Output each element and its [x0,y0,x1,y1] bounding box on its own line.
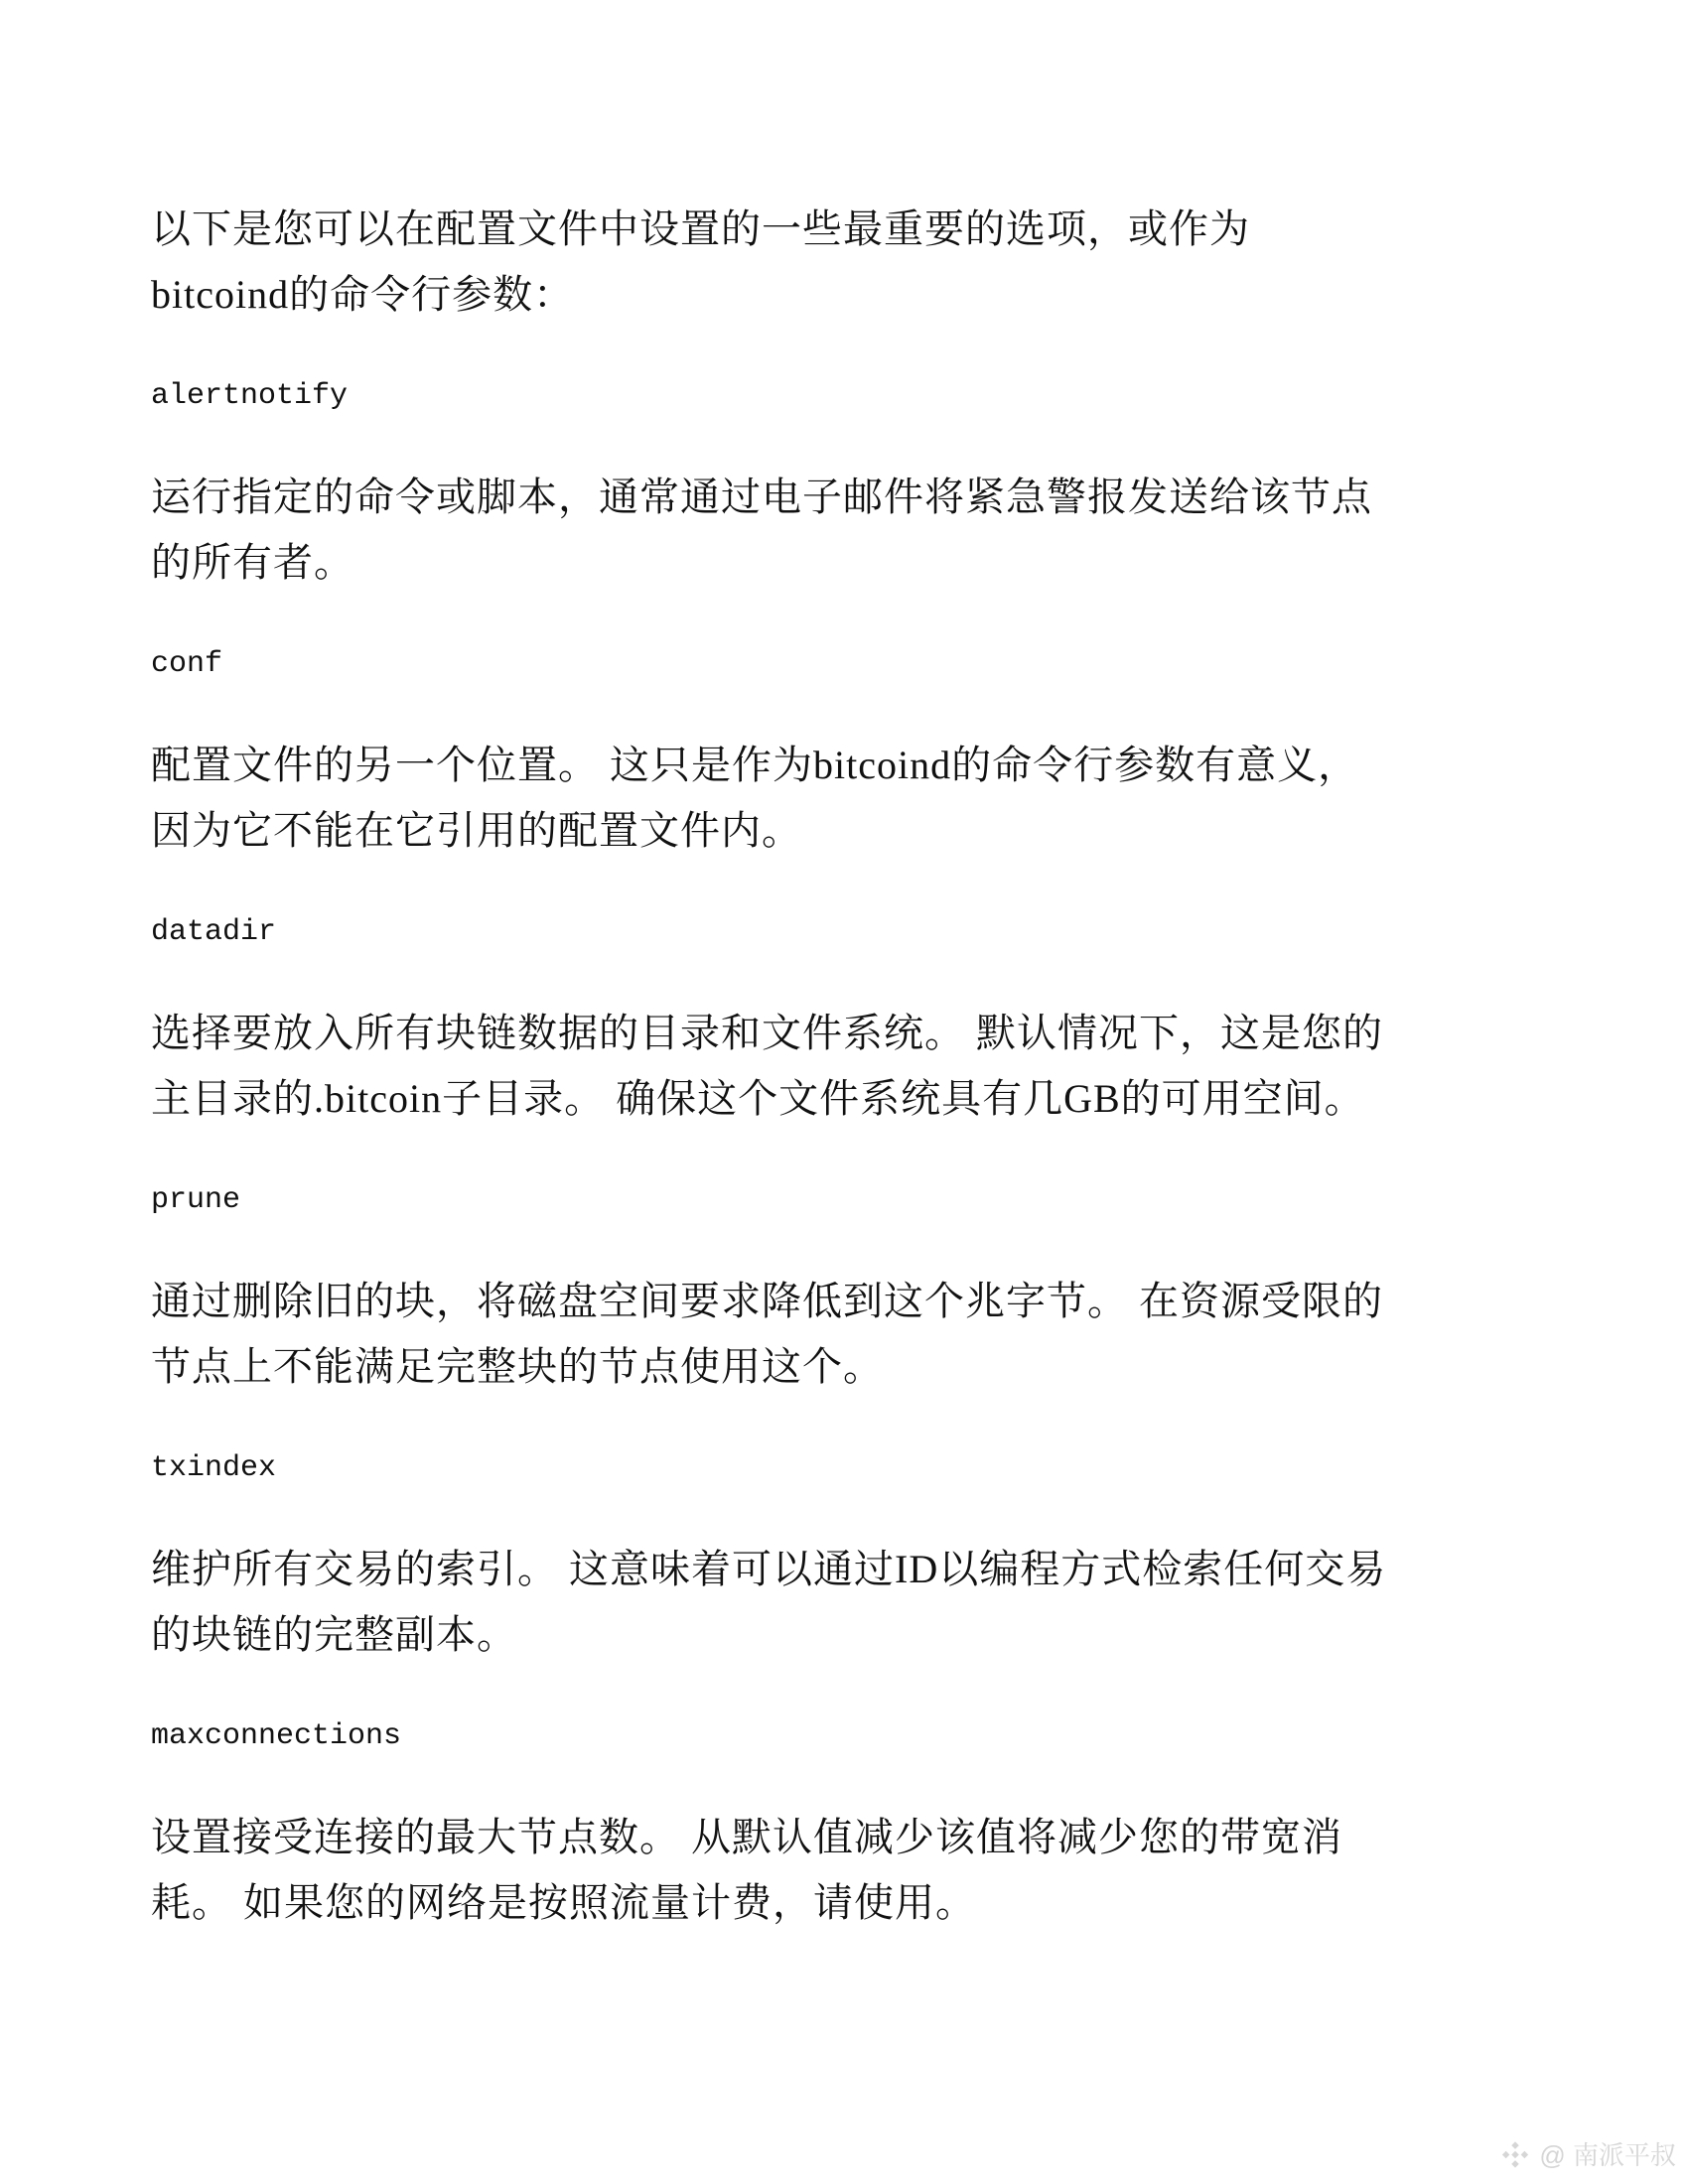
config-option-section-datadir: datadir 选择要放入所有块链数据的目录和文件系统。 默认情况下，这是您的 … [151,899,1549,1132]
param-heading: alertnotify [151,363,1549,429]
document-content: 以下是您可以在配置文件中设置的一些最重要的选项，或作为 bitcoind的命令行… [0,0,1688,1936]
watermark: @ 南派平叔 [1500,2135,1676,2172]
param-description: 通过删除旧的块，将磁盘空间要求降低到这个兆字节。 在资源受限的 节点上不能满足完… [151,1269,1549,1400]
watermark-handle: @ 南派平叔 [1539,2135,1676,2172]
param-heading: maxconnections [151,1704,1549,1769]
param-description: 选择要放入所有块链数据的目录和文件系统。 默认情况下，这是您的 主目录的.bit… [151,1001,1549,1132]
config-option-section-maxconnections: maxconnections 设置接受连接的最大节点数。 从默认值减少该值将减少… [151,1704,1549,1936]
config-option-section-txindex: txindex 维护所有交易的索引。 这意味着可以通过ID以编程方式检索任何交易… [151,1435,1549,1668]
config-option-section-prune: prune 通过删除旧的块，将磁盘空间要求降低到这个兆字节。 在资源受限的 节点… [151,1167,1549,1400]
config-option-section-alertnotify: alertnotify 运行指定的命令或脚本，通常通过电子邮件将紧急警报发送给该… [151,363,1549,596]
param-heading: datadir [151,899,1549,965]
config-option-section-conf: conf 配置文件的另一个位置。 这只是作为bitcoind的命令行参数有意义，… [151,631,1549,864]
intro-paragraph: 以下是您可以在配置文件中设置的一些最重要的选项，或作为 bitcoind的命令行… [151,197,1549,328]
param-description: 设置接受连接的最大节点数。 从默认值减少该值将减少您的带宽消 耗。 如果您的网络… [151,1805,1549,1936]
document-page: 以下是您可以在配置文件中设置的一些最重要的选项，或作为 bitcoind的命令行… [0,0,1688,2184]
param-description: 运行指定的命令或脚本，通常通过电子邮件将紧急警报发送给该节点 的所有者。 [151,465,1549,596]
param-heading: prune [151,1167,1549,1233]
diamond-logo-icon [1500,2139,1530,2169]
param-description: 维护所有交易的索引。 这意味着可以通过ID以编程方式检索任何交易 的块链的完整副… [151,1537,1549,1668]
param-description: 配置文件的另一个位置。 这只是作为bitcoind的命令行参数有意义， 因为它不… [151,733,1549,864]
param-heading: txindex [151,1435,1549,1501]
param-heading: conf [151,631,1549,697]
